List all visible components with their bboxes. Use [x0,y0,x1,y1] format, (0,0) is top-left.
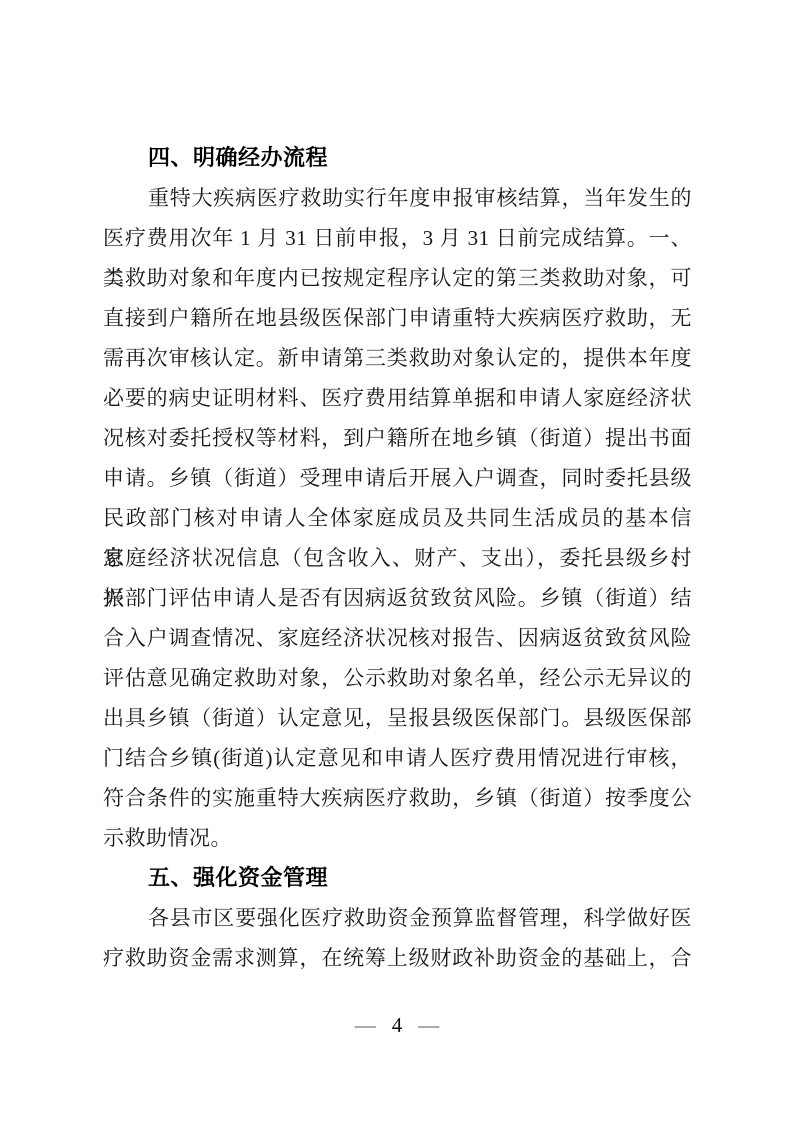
page-footer: —4— [0,1010,794,1040]
body-line: 疗救助资金需求测算，在统筹上级财政补助资金的基础上，合 [103,938,692,978]
body-line: 家庭经济状况信息（包含收入、财产、支出），委托县级乡村振 [103,538,692,578]
body-line: 评估意见确定救助对象，公示救助对象名单，经公示无异议的 [103,658,692,698]
body-line: 符合条件的实施重特大疾病医疗救助，乡镇（街道）按季度公 [103,778,692,818]
body-line: 需再次审核认定。新申请第三类救助对象认定的，提供本年度 [103,338,692,378]
footer-dash-right: — [418,1013,439,1037]
document-body: 四、明确经办流程 重特大疾病医疗救助实行年度申报审核结算，当年发生的 医疗费用次… [103,138,692,978]
body-line: 示救助情况。 [103,818,692,858]
footer-dash-left: — [355,1013,376,1037]
section-heading-4: 四、明确经办流程 [103,138,692,178]
body-line: 民政部门核对申请人全体家庭成员及共同生活成员的基本信息、 [103,498,692,538]
body-line: 兴部门评估申请人是否有因病返贫致贫风险。乡镇（街道）结 [103,578,692,618]
body-line: 重特大疾病医疗救助实行年度申报审核结算，当年发生的 [103,178,692,218]
body-line: 申请。乡镇（街道）受理申请后开展入户调查，同时委托县级 [103,458,692,498]
body-line: 各县市区要强化医疗救助资金预算监督管理，科学做好医 [103,898,692,938]
body-line: 出具乡镇（街道）认定意见，呈报县级医保部门。县级医保部 [103,698,692,738]
body-line: 门结合乡镇(街道)认定意见和申请人医疗费用情况进行审核， [103,738,692,778]
section-heading-5: 五、强化资金管理 [103,858,692,898]
page-number: 4 [392,1010,403,1040]
body-line: 医疗费用次年 1 月 31 日前申报，3 月 31 日前完成结算。一、二 [103,218,692,258]
document-page: 四、明确经办流程 重特大疾病医疗救助实行年度申报审核结算，当年发生的 医疗费用次… [0,0,794,1122]
body-line: 况核对委托授权等材料，到户籍所在地乡镇（街道）提出书面 [103,418,692,458]
body-line: 必要的病史证明材料、医疗费用结算单据和申请人家庭经济状 [103,378,692,418]
body-line: 合入户调查情况、家庭经济状况核对报告、因病返贫致贫风险 [103,618,692,658]
body-line: 直接到户籍所在地县级医保部门申请重特大疾病医疗救助，无 [103,298,692,338]
body-line: 类救助对象和年度内已按规定程序认定的第三类救助对象，可 [103,258,692,298]
